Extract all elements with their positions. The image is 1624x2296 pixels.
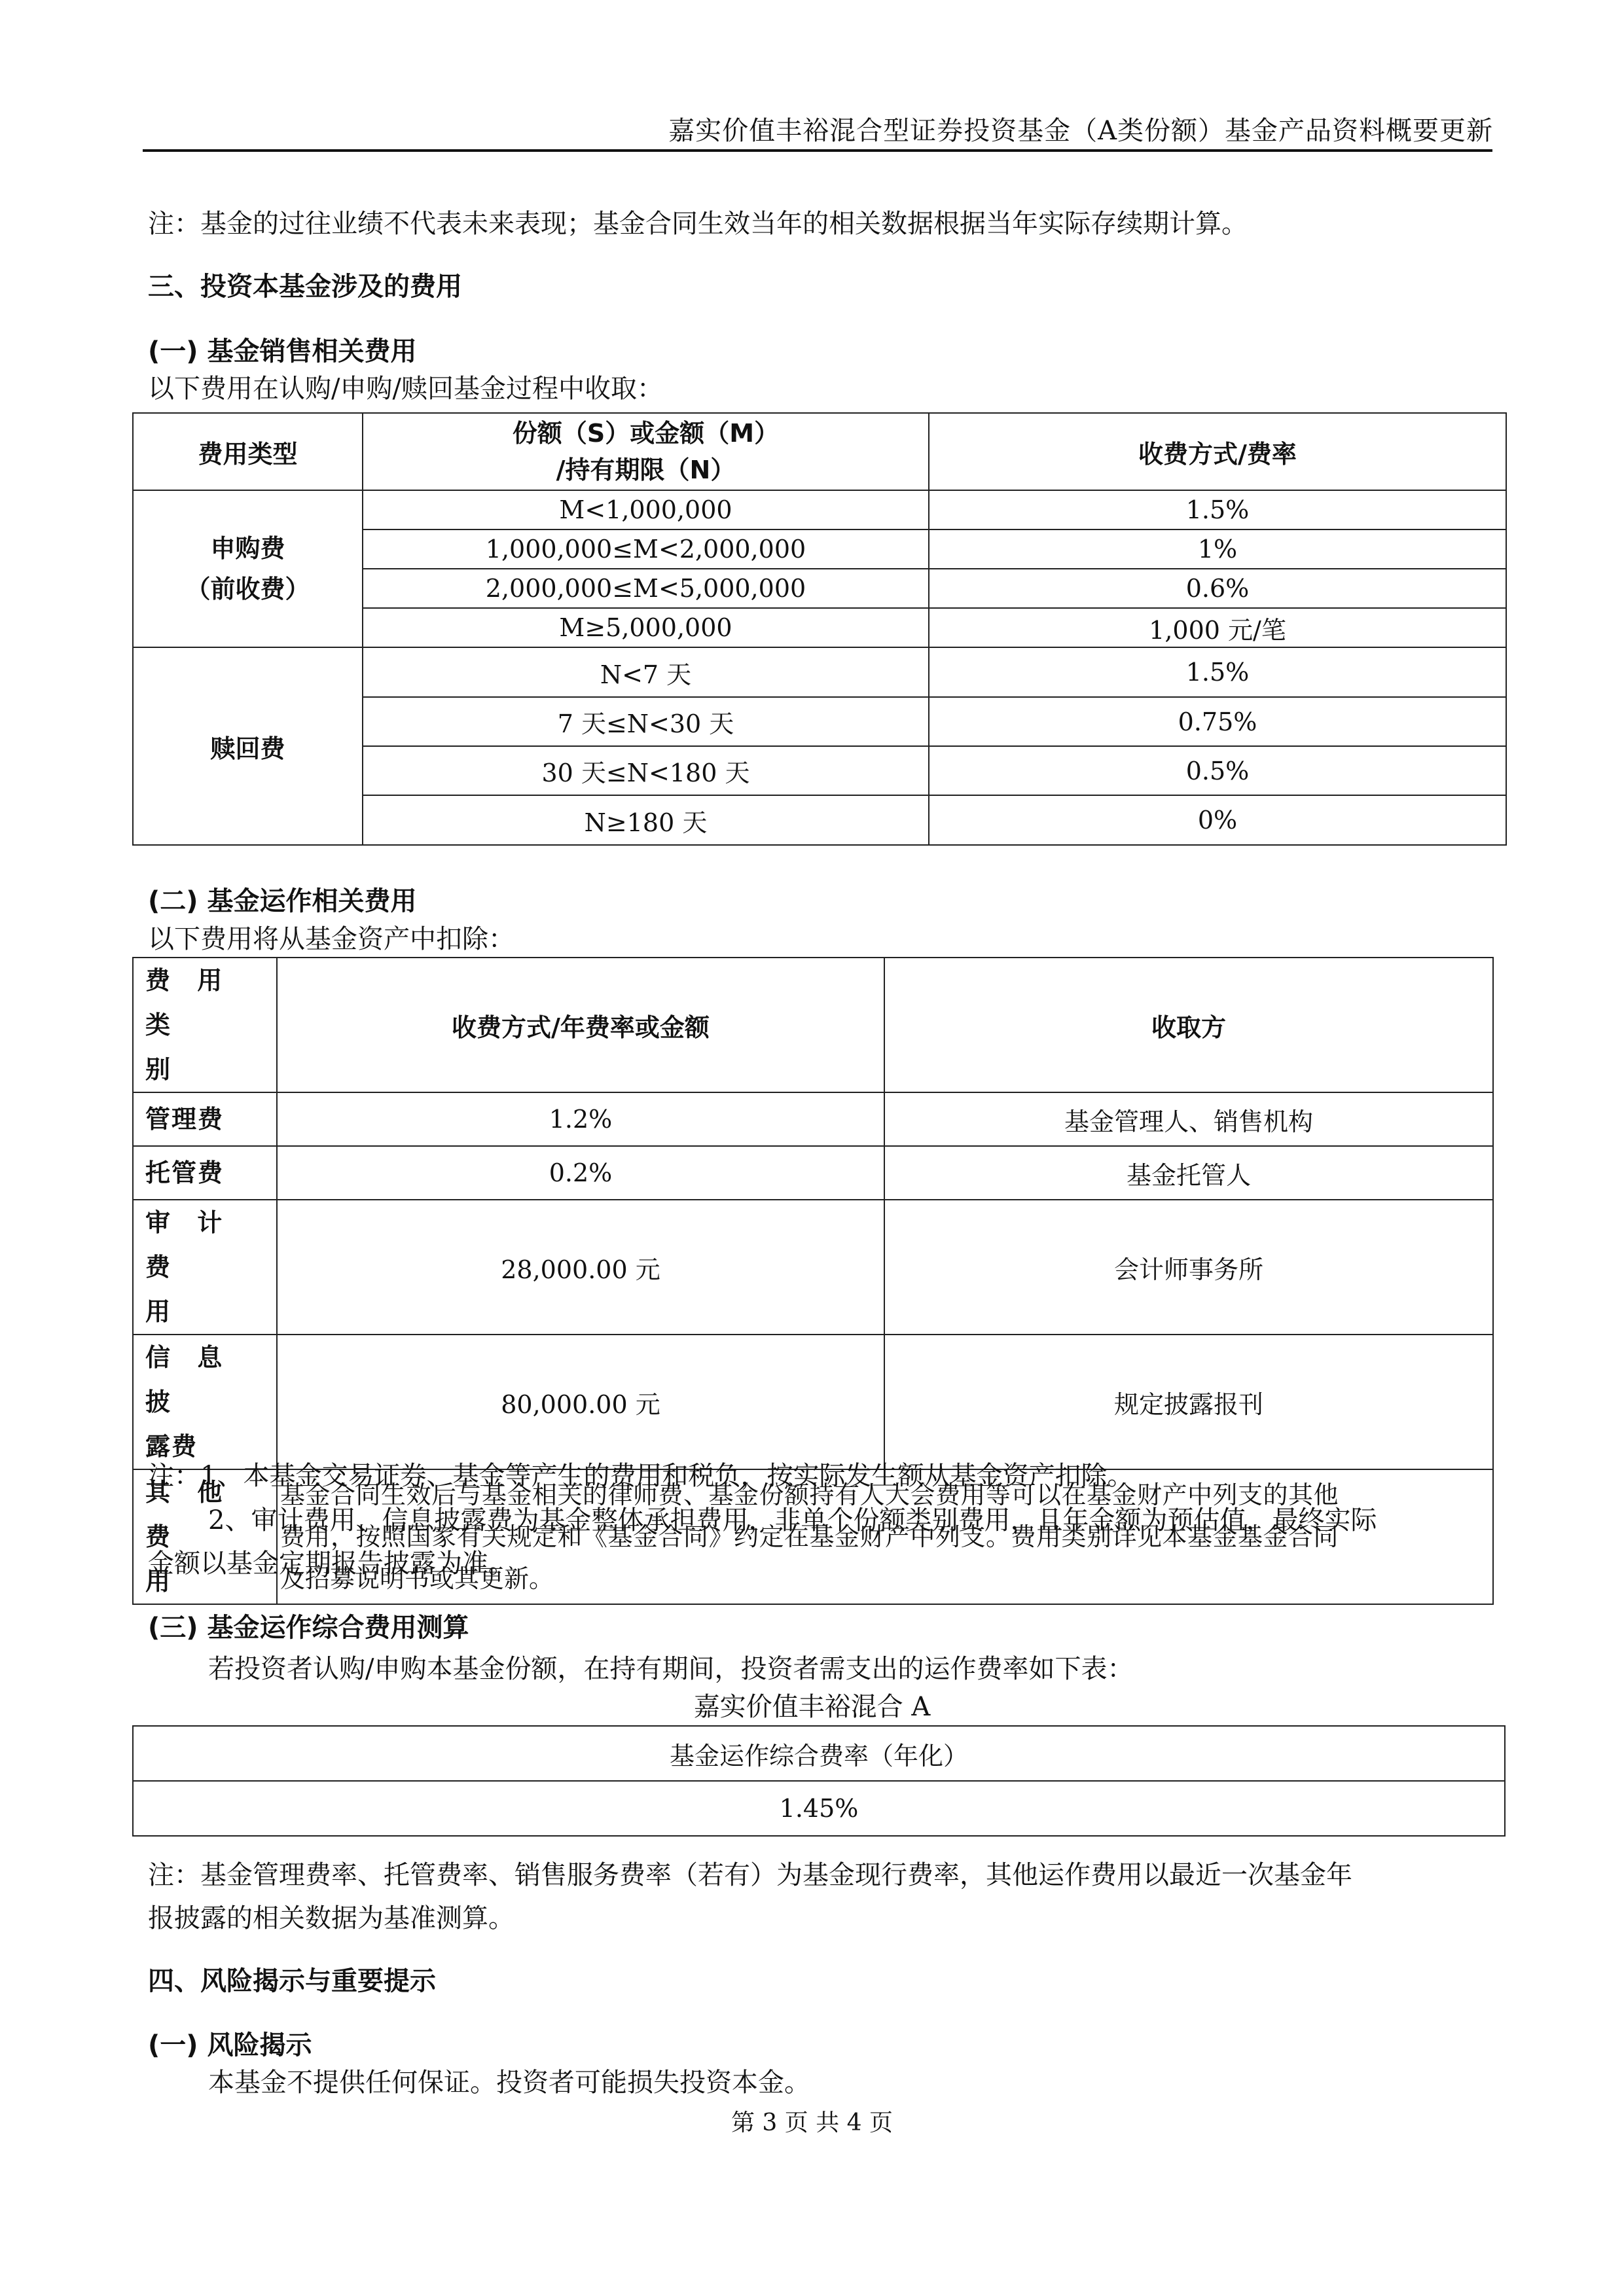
rate-cell: 0.2%	[277, 1146, 884, 1200]
sales-fees-intro: 以下费用在认购/申购/赎回基金过程中收取：	[148, 368, 663, 405]
sales-fees-header-row: 费用类型 份额（S）或金额（M） /持有期限（N） 收费方式/费率	[133, 413, 1506, 490]
header-recipient: 收取方	[884, 958, 1493, 1092]
header-divider	[143, 149, 1492, 152]
rate-cell: 0.75%	[929, 697, 1506, 746]
rate-cell: 0.5%	[929, 746, 1506, 795]
rate-cell: 0.6%	[929, 569, 1506, 608]
header-range-line1: 份额（S）或金额（M）	[363, 415, 928, 452]
group-subscription-fee: 申购费 （前收费）	[133, 490, 363, 647]
operating-fees-note-1: 注：1、本基金交易证券、基金等产生的费用和税负，按实际发生额从基金资产扣除。	[148, 1454, 1133, 1498]
rate-cell: 80,000.00 元	[277, 1335, 884, 1469]
header-range-line2: /持有期限（N）	[363, 452, 928, 488]
header-fee-type: 费用类型	[133, 413, 363, 490]
composite-fee-table: 基金运作综合费率（年化） 1.45%	[132, 1725, 1506, 1837]
risk-disclosure-text: 本基金不提供任何保证。投资者可能损失投资本金。	[208, 2062, 810, 2099]
header-rate: 收费方式/年费率或金额	[277, 958, 884, 1092]
table-row: 审 计 费 用 28,000.00 元 会计师事务所	[133, 1200, 1493, 1335]
operating-fees-note-2: 2、审计费用、信息披露费为基金整体承担费用，非单个份额类别费用，且年金额为预估值…	[208, 1499, 1377, 1542]
category-line1: 信 息 披	[145, 1335, 276, 1424]
group-name-line1: 申购费	[134, 528, 362, 569]
table-row: 申购费 （前收费） M<1,000,000 1.5%	[133, 490, 1506, 529]
operating-fees-note-3: 金额以基金定期报告披露为准。	[148, 1542, 514, 1585]
section-4-title: 四、风险揭示与重要提示	[148, 1960, 436, 1998]
rate-cell: 1%	[929, 529, 1506, 569]
composite-fee-note-2: 报披露的相关数据为基准测算。	[148, 1897, 514, 1940]
category-cell: 审 计 费 用	[133, 1200, 277, 1335]
composite-fee-header: 基金运作综合费率（年化）	[133, 1726, 1505, 1781]
section-3-title: 三、投资本基金涉及的费用	[148, 266, 462, 303]
recipient-cell: 会计师事务所	[884, 1200, 1493, 1335]
composite-fee-intro: 若投资者认购/申购本基金份额，在持有期间，投资者需支出的运作费率如下表：	[208, 1648, 1133, 1685]
document-header-title: 嘉实价值丰裕混合型证券投资基金（A类份额）基金产品资料概要更新	[668, 110, 1493, 147]
composite-fee-caption: 嘉实价值丰裕混合 A	[0, 1686, 1624, 1723]
recipient-cell: 基金管理人、销售机构	[884, 1092, 1493, 1146]
category-line1: 审 计 费	[145, 1200, 276, 1289]
sales-fees-table: 费用类型 份额（S）或金额（M） /持有期限（N） 收费方式/费率 申购费 （前…	[132, 412, 1507, 846]
range-cell: 7 天≤N<30 天	[363, 697, 929, 746]
table-row: 赎回费 N<7 天 1.5%	[133, 647, 1506, 697]
range-cell: M≥5,000,000	[363, 608, 929, 647]
range-cell: 2,000,000≤M<5,000,000	[363, 569, 929, 608]
range-cell: M<1,000,000	[363, 490, 929, 529]
group-redemption-fee: 赎回费	[133, 647, 363, 845]
rate-cell: 1,000 元/笔	[929, 608, 1506, 647]
table-row: 管理费 1.2% 基金管理人、销售机构	[133, 1092, 1493, 1146]
category-cell: 托管费	[133, 1146, 277, 1200]
sales-fees-title: (一) 基金销售相关费用	[148, 331, 417, 368]
operating-fees-intro: 以下费用将从基金资产中扣除：	[148, 918, 514, 956]
range-cell: 1,000,000≤M<2,000,000	[363, 529, 929, 569]
table-row: 信 息 披 露费 80,000.00 元 规定披露报刊	[133, 1335, 1493, 1469]
page-number: 第 3 页 共 4 页	[0, 2104, 1624, 2138]
rate-cell: 28,000.00 元	[277, 1200, 884, 1335]
header-category: 费 用 类 别	[133, 958, 277, 1092]
rate-cell: 1.5%	[929, 490, 1506, 529]
range-cell: N≥180 天	[363, 795, 929, 845]
composite-fee-note-1: 注：基金管理费率、托管费率、销售服务费率（若有）为基金现行费率，其他运作费用以最…	[148, 1854, 1352, 1897]
category-cell: 管理费	[133, 1092, 277, 1146]
recipient-cell: 基金托管人	[884, 1146, 1493, 1200]
composite-fee-header-row: 基金运作综合费率（年化）	[133, 1726, 1505, 1781]
risk-disclosure-title: (一) 风险揭示	[148, 2024, 312, 2062]
header-rate: 收费方式/费率	[929, 413, 1506, 490]
rate-cell: 1.2%	[277, 1092, 884, 1146]
table-row: 托管费 0.2% 基金托管人	[133, 1146, 1493, 1200]
table-row: 1.45%	[133, 1781, 1505, 1836]
performance-note: 注：基金的过往业绩不代表未来表现；基金合同生效当年的相关数据根据当年实际存续期计…	[148, 203, 1248, 240]
range-cell: 30 天≤N<180 天	[363, 746, 929, 795]
composite-fee-value: 1.45%	[133, 1781, 1505, 1836]
range-cell: N<7 天	[363, 647, 929, 697]
operating-fees-header-row: 费 用 类 别 收费方式/年费率或金额 收取方	[133, 958, 1493, 1092]
header-category-line2: 别	[145, 1047, 276, 1092]
rate-cell: 0%	[929, 795, 1506, 845]
composite-fee-title: (三) 基金运作综合费用测算	[148, 1607, 469, 1644]
category-cell: 信 息 披 露费	[133, 1335, 277, 1469]
recipient-cell: 规定披露报刊	[884, 1335, 1493, 1469]
operating-fees-title: (二) 基金运作相关费用	[148, 880, 417, 918]
header-range: 份额（S）或金额（M） /持有期限（N）	[363, 413, 929, 490]
rate-cell: 1.5%	[929, 647, 1506, 697]
group-name-line2: （前收费）	[134, 569, 362, 609]
category-line2: 用	[145, 1289, 276, 1334]
header-category-line1: 费 用 类	[145, 958, 276, 1047]
